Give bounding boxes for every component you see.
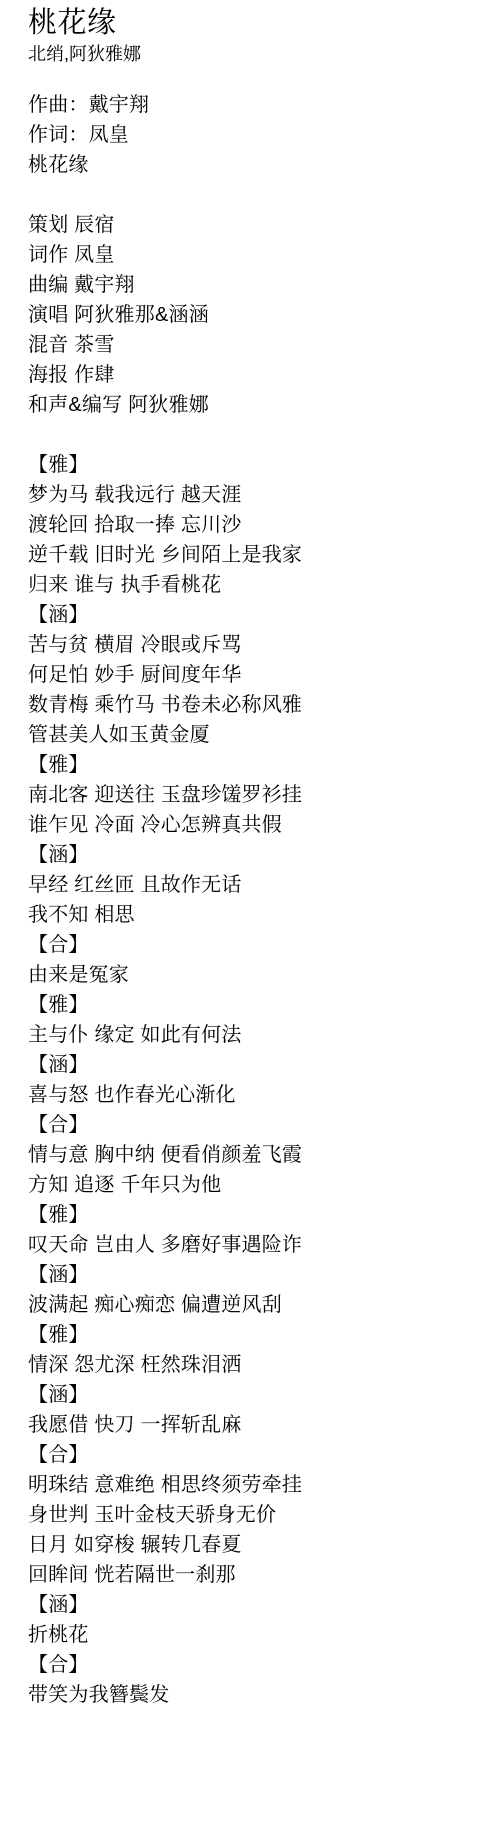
- lyric-line: 【雅】: [28, 450, 480, 480]
- lyric-line: 方知 追逐 千年只为他: [28, 1170, 480, 1200]
- lyric-line: 归来 谁与 执手看桃花: [28, 570, 480, 600]
- credit-line: 曲编 戴宇翔: [28, 270, 480, 300]
- lyric-line: 【合】: [28, 1650, 480, 1680]
- lyric-line: 逆千载 旧时光 乡间陌上是我家: [28, 540, 480, 570]
- lyric-line: 【涵】: [28, 1050, 480, 1080]
- lyric-line: 【涵】: [28, 1380, 480, 1410]
- lyric-line: 苦与贫 横眉 冷眼或斥骂: [28, 630, 480, 660]
- lyric-line: 我不知 相思: [28, 900, 480, 930]
- lyric-line: 明珠结 意难绝 相思终须劳牵挂: [28, 1470, 480, 1500]
- lyric-line: 我愿借 快刀 一挥斩乱麻: [28, 1410, 480, 1440]
- meta-line: 作词：凤皇: [28, 120, 480, 150]
- lyric-line: 【合】: [28, 1440, 480, 1470]
- credit-line: 和声&编写 阿狄雅娜: [28, 390, 480, 420]
- credit-line: 混音 茶雪: [28, 330, 480, 360]
- lyric-line: 管甚美人如玉黄金厦: [28, 720, 480, 750]
- lyric-line: 喜与怒 也作春光心渐化: [28, 1080, 480, 1110]
- meta-line: 桃花缘: [28, 150, 480, 180]
- song-meta-block: 作曲：戴宇翔作词：凤皇桃花缘: [28, 90, 480, 180]
- lyric-line: 【涵】: [28, 1260, 480, 1290]
- meta-line: 作曲：戴宇翔: [28, 90, 480, 120]
- lyric-line: 由来是冤家: [28, 960, 480, 990]
- lyric-line: 南北客 迎送往 玉盘珍馐罗衫挂: [28, 780, 480, 810]
- credit-line: 策划 辰宿: [28, 210, 480, 240]
- lyric-line: 【雅】: [28, 1320, 480, 1350]
- lyric-line: 【涵】: [28, 600, 480, 630]
- song-artists: 北绡,阿狄雅娜: [28, 42, 480, 66]
- credit-line: 演唱 阿狄雅那&涵涵: [28, 300, 480, 330]
- credit-line: 词作 凤皇: [28, 240, 480, 270]
- lyric-line: 【涵】: [28, 840, 480, 870]
- lyric-line: 数青梅 乘竹马 书卷未必称风雅: [28, 690, 480, 720]
- credit-line: 海报 作肆: [28, 360, 480, 390]
- lyric-line: 波满起 痴心痴恋 偏遭逆风刮: [28, 1290, 480, 1320]
- lyric-line: 情深 怨尤深 枉然珠泪洒: [28, 1350, 480, 1380]
- lyric-line: 带笑为我簪鬓发: [28, 1680, 480, 1710]
- lyric-line: 叹天命 岂由人 多磨好事遇险诈: [28, 1230, 480, 1260]
- lyric-line: 梦为马 载我远行 越天涯: [28, 480, 480, 510]
- lyric-line: 渡轮回 拾取一捧 忘川沙: [28, 510, 480, 540]
- lyric-line: 折桃花: [28, 1620, 480, 1650]
- lyric-line: 【合】: [28, 930, 480, 960]
- song-title: 桃花缘: [28, 6, 480, 40]
- lyric-line: 日月 如穿梭 辗转几春夏: [28, 1530, 480, 1560]
- lyric-line: 主与仆 缘定 如此有何法: [28, 1020, 480, 1050]
- lyric-line: 回眸间 恍若隔世一刹那: [28, 1560, 480, 1590]
- lyric-line: 【雅】: [28, 990, 480, 1020]
- lyric-line: 早经 红丝匝 且故作无话: [28, 870, 480, 900]
- lyric-line: 情与意 胸中纳 便看俏颜羞飞霞: [28, 1140, 480, 1170]
- lyric-line: 【涵】: [28, 1590, 480, 1620]
- song-credits-block: 策划 辰宿词作 凤皇曲编 戴宇翔演唱 阿狄雅那&涵涵混音 茶雪海报 作肆和声&编…: [28, 210, 480, 420]
- lyric-line: 身世判 玉叶金枝天骄身无价: [28, 1500, 480, 1530]
- lyric-line: 【雅】: [28, 750, 480, 780]
- lyrics-page: 桃花缘 北绡,阿狄雅娜 作曲：戴宇翔作词：凤皇桃花缘 策划 辰宿词作 凤皇曲编 …: [0, 0, 500, 1710]
- lyric-line: 【雅】: [28, 1200, 480, 1230]
- lyric-line: 【合】: [28, 1110, 480, 1140]
- song-lyrics-block: 【雅】梦为马 载我远行 越天涯渡轮回 拾取一捧 忘川沙逆千载 旧时光 乡间陌上是…: [28, 450, 480, 1710]
- lyric-line: 何足怕 妙手 厨间度年华: [28, 660, 480, 690]
- lyric-line: 谁乍见 冷面 冷心怎辨真共假: [28, 810, 480, 840]
